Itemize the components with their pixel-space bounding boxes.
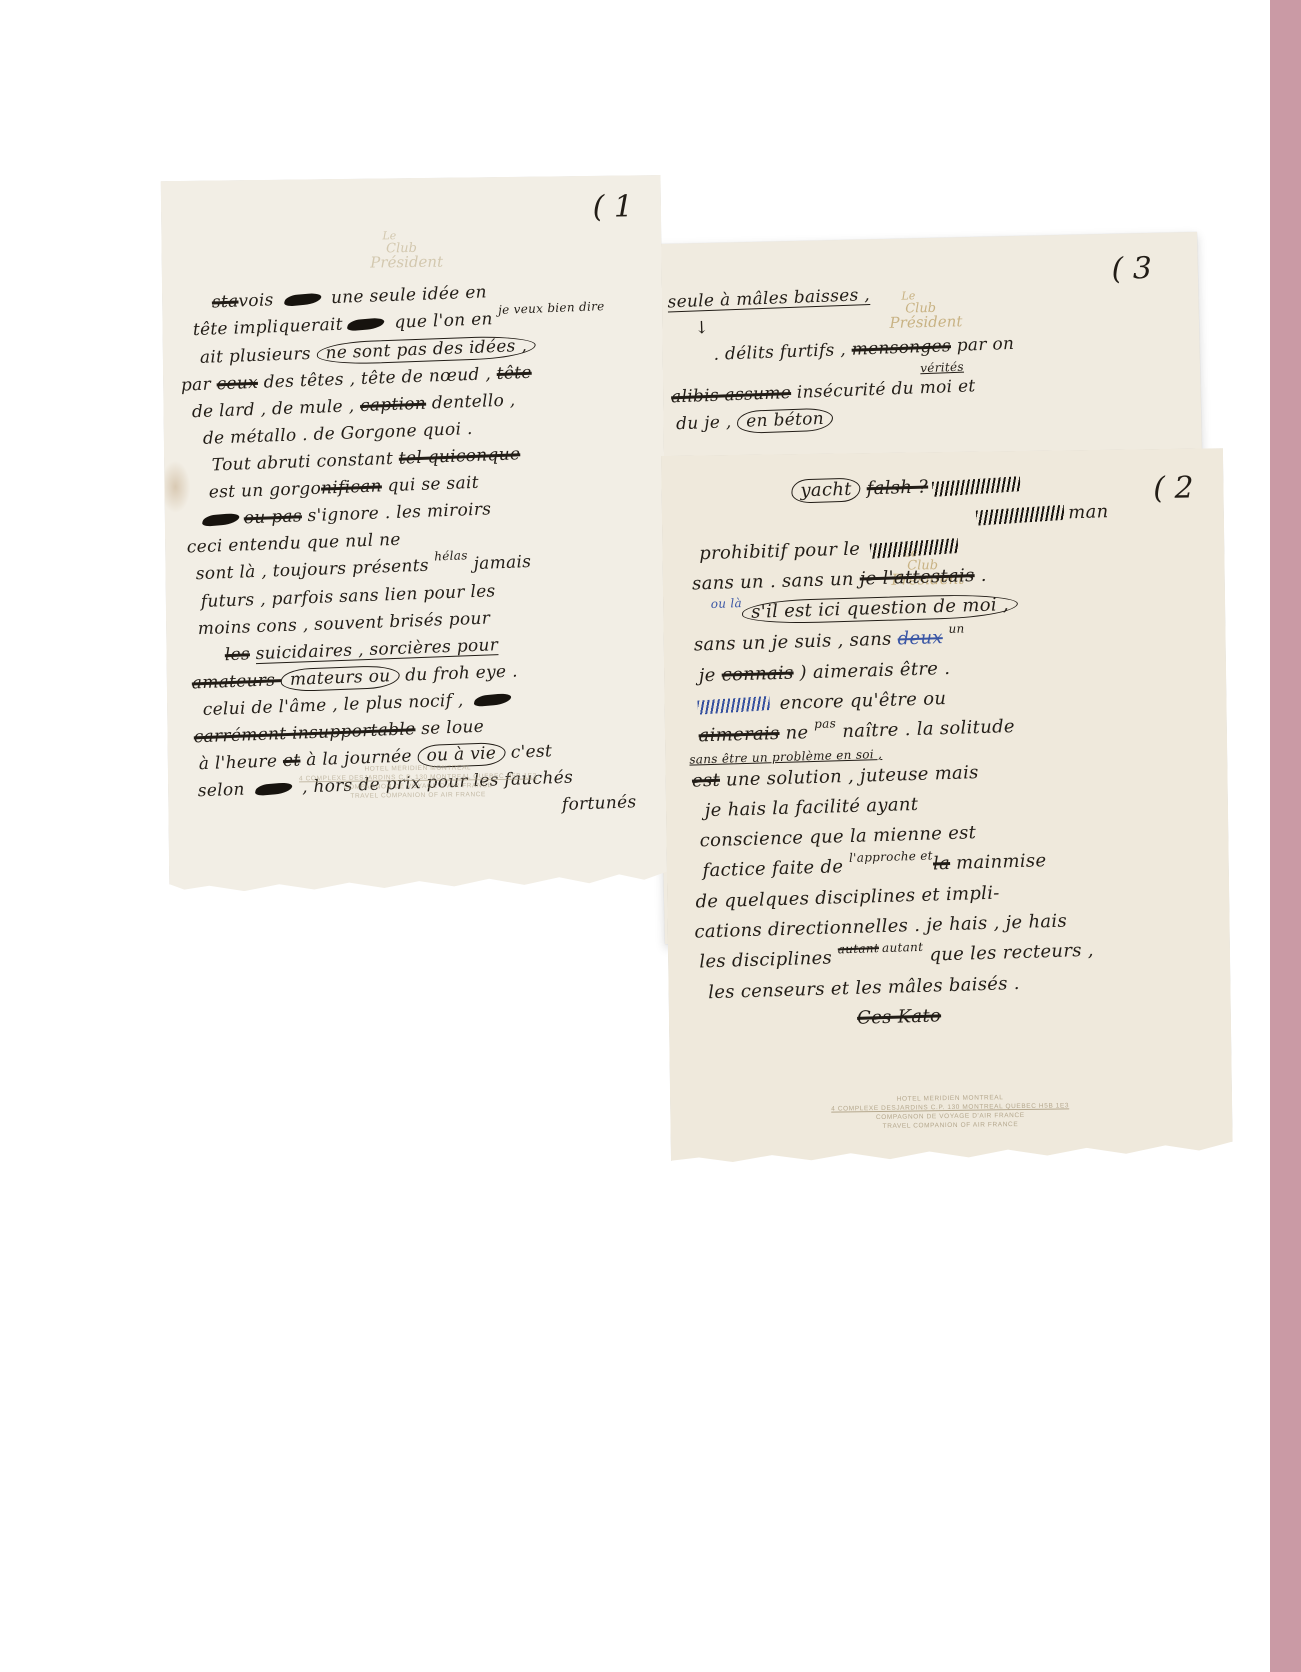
hw-ins: pas: [814, 708, 837, 739]
hw-text: se loue: [415, 717, 484, 740]
hw-strike: ou pas: [243, 506, 302, 528]
hw-text: ne: [779, 722, 814, 744]
hw-strike: alibis assume: [671, 383, 792, 407]
hw-text: s'ignore . les miroirs: [302, 499, 492, 526]
hw-text: c'est: [505, 741, 553, 763]
photo-backdrop: Le Club Président ( 3 seule à mâles bais…: [0, 0, 1301, 1672]
hw-strike: est: [692, 770, 721, 792]
hw-text: à l'heure: [198, 751, 283, 774]
letterhead-word: Club: [346, 241, 456, 256]
hw-text: dentello ,: [426, 390, 516, 413]
hw-text: vois: [238, 290, 280, 311]
hw-text: sont là , toujours présents: [195, 555, 434, 584]
hw-text: les censeurs et les mâles baisés .: [708, 973, 1020, 1003]
hw-text: les disciplines: [699, 947, 838, 972]
handwriting-block: yacht falsh ?manprohibitif pour le sans …: [681, 464, 1217, 1038]
hw-strike: sta: [212, 291, 239, 312]
handwritten-page-number: ( 1: [592, 189, 633, 224]
hw-circle: mateurs ou: [281, 665, 400, 692]
hw-scrawl: [932, 476, 1021, 497]
hw-strike: mensonges: [851, 336, 951, 360]
hw-text: par on: [951, 334, 1015, 356]
hw-strike: connais: [721, 663, 794, 686]
hw-text: .: [974, 565, 987, 586]
hw-ins: autant: [882, 932, 924, 963]
hw-text: une seule idée en: [325, 282, 487, 308]
hw-text: je hais la facilité ayant: [705, 794, 919, 821]
hw-text: Tout abruti constant: [211, 449, 399, 476]
hw-strike: carrément insupportable: [193, 719, 415, 747]
hw-ins: l'approche et: [849, 841, 934, 873]
hw-text: naître . la solitude: [836, 716, 1015, 742]
hw-u: seule à mâles baisses ,: [667, 285, 870, 312]
hw-scrawl: [870, 538, 959, 559]
hw-strike: aimerais: [698, 723, 780, 746]
hw-insblue: ou là: [710, 588, 742, 619]
hw-text: ceci entendu que nul ne: [186, 530, 401, 558]
hw-text: par: [181, 374, 217, 395]
hw-circle: s'il est ici question de moi ,: [742, 593, 1018, 625]
hw-strike: amateurs: [191, 670, 281, 693]
hw-text: ↓: [694, 318, 709, 339]
hw-text: une solution , juteuse mais: [720, 762, 979, 791]
hw-blot: [346, 317, 385, 331]
hw-ins: un: [948, 613, 965, 643]
hw-text: factice faite de: [702, 856, 849, 881]
hw-text: jamais: [468, 552, 532, 574]
letterhead-word: Le: [346, 230, 432, 243]
hw-blot: [283, 292, 322, 306]
hw-strike: ceux: [216, 373, 258, 395]
letterhead-footer: HOTEL MERIDIEN MONTREAL 4 COMPLEXE DESJA…: [800, 1092, 1100, 1132]
hw-text: encore qu'être ou: [773, 688, 946, 714]
hw-text: ait plusieurs: [200, 344, 317, 368]
hw-text: . délits furtifs ,: [713, 340, 852, 365]
hw-text: je: [699, 665, 722, 687]
manuscript-page-2: Le Club Président ( 2 yacht falsh ?manpr…: [661, 448, 1233, 1168]
letterhead-le-club-president: Le Club Président: [346, 229, 466, 271]
hw-strike: nifican: [321, 476, 383, 498]
hw-text: tête impliquerait: [193, 315, 344, 340]
hw-text: du froh eye .: [399, 661, 518, 685]
hw-text: insécurité du moi et: [791, 376, 976, 403]
hw-strike: tête: [496, 363, 532, 384]
hw-strike: falsh ?: [866, 476, 928, 499]
hw-bluestrike: deux: [897, 627, 943, 649]
hw-text: qui se sait: [381, 473, 479, 497]
hw-strike: les: [224, 644, 250, 665]
hw-text: conscience que la mienne est: [699, 822, 976, 851]
hw-text: man: [1068, 501, 1109, 523]
hw-text: fortunés: [562, 792, 637, 815]
accent-stripe: [1270, 0, 1301, 1672]
hw-text: prohibitif pour le: [699, 538, 867, 564]
hw-text: de lard , de mule ,: [192, 396, 361, 422]
hw-text: sans un je suis , sans: [694, 628, 898, 655]
hw-strike: tel quiconque: [398, 444, 520, 468]
hw-ins: hélas: [434, 542, 468, 570]
hw-bluescrawl: [697, 696, 770, 715]
hw-text: de quelques disciplines et impli-: [695, 883, 1000, 913]
hw-text: du je ,: [676, 412, 732, 434]
manuscript-page-1: Le Club Président ( 1 stavois une seule …: [161, 175, 670, 897]
hw-ins: je veux bien dire: [498, 293, 605, 324]
handwriting-block: seule à mâles baisses ,↓. délits furtifs…: [667, 271, 1182, 439]
hw-circle: en béton: [737, 407, 834, 433]
hw-strike: Ces Kato: [857, 1005, 942, 1028]
hw-text: que l'on en: [388, 309, 498, 333]
letterhead-word: Président: [347, 255, 467, 272]
hw-blot: [473, 693, 512, 707]
hw-text: est un gorgo: [208, 479, 321, 503]
letterhead-footer: HOTEL MERIDIEN MONTREAL 4 COMPLEXE DESJA…: [288, 762, 548, 801]
hw-strike: caption: [360, 394, 427, 416]
hw-insstrike: autant: [837, 933, 879, 964]
hw-scrawl: [976, 504, 1065, 525]
hw-strike: la: [933, 853, 951, 874]
handwriting-block: stavois une seule idée entête impliquera…: [177, 273, 667, 832]
hw-strike: je l'attestais: [859, 565, 974, 589]
hw-text: ) aimerais être .: [793, 658, 950, 684]
hw-text: que les recteurs ,: [923, 940, 1094, 966]
hw-blot: [201, 513, 240, 527]
hw-circle: yacht: [791, 477, 861, 503]
hw-text: mainmise: [950, 850, 1047, 874]
hw-text: selon: [197, 779, 250, 801]
